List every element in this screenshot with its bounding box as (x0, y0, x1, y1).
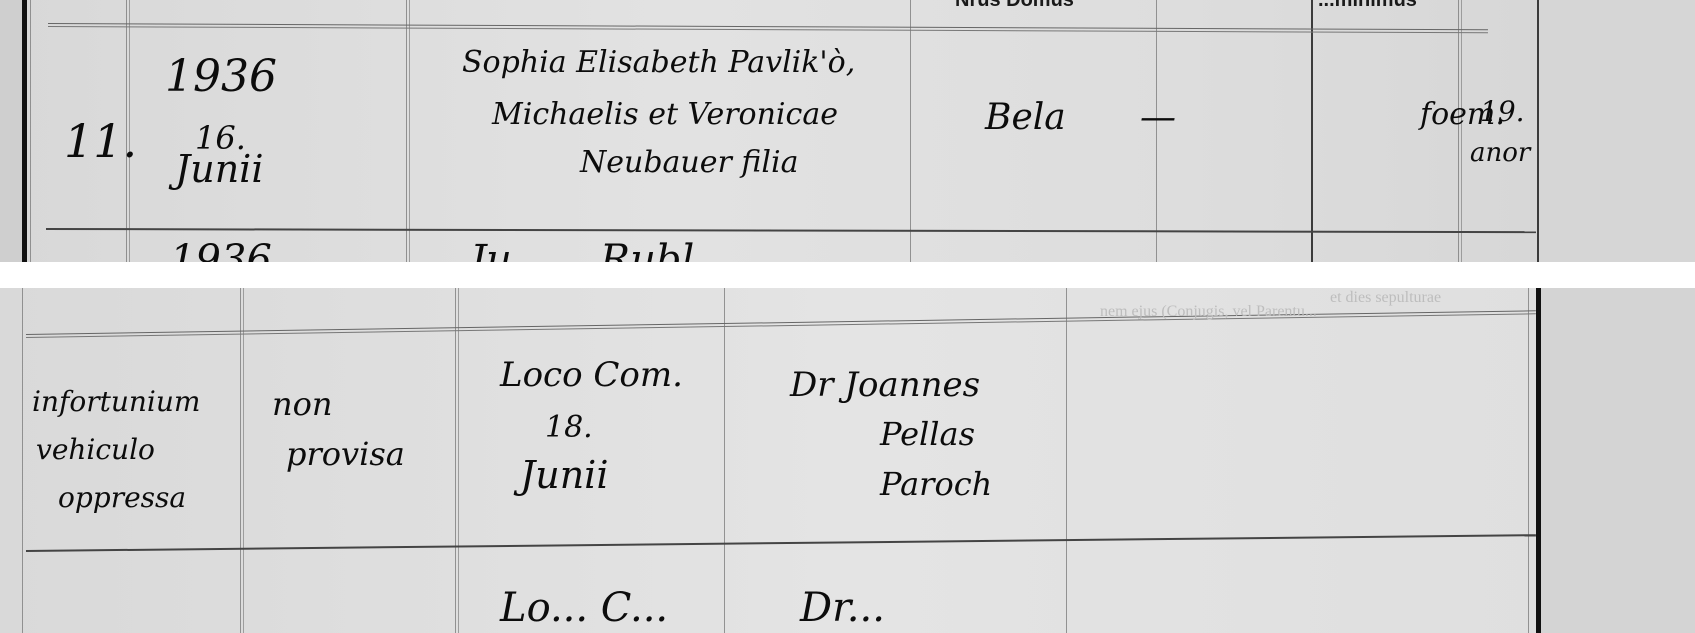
officiant-line-1: Dr Joannes (790, 368, 980, 402)
provisus-line-1: non (272, 388, 332, 420)
entry-year: 1936 (165, 55, 277, 99)
page-margin-right (1540, 0, 1695, 262)
column-divider (1066, 288, 1067, 633)
right-border (1537, 0, 1539, 262)
next-row-name-fragment-2: Rubl... (600, 240, 732, 262)
name-line-2: Michaelis et Veronicae (492, 100, 838, 130)
header-rule (48, 23, 1488, 30)
next-row-year-fragment: 1936 (170, 240, 272, 262)
header-col7: ...minimus (1318, 0, 1417, 10)
next-row-place-fragment: Lo... C... (500, 588, 668, 628)
place-line: Loco Com. (500, 358, 683, 392)
header-fragment-1: et dies sepulturae (1330, 290, 1441, 306)
age-value: 19. (1480, 98, 1525, 126)
col6-value: — (1140, 100, 1176, 136)
header-col5: Nrus Domus (955, 0, 1074, 10)
strip-separator (0, 262, 1695, 288)
cause-line-1: infortunium (32, 388, 200, 416)
next-row-name-fragment: Ju... (470, 240, 550, 262)
row-rule (26, 534, 1536, 552)
burial-month: Junii (520, 456, 609, 494)
entry-month: Junii (175, 150, 264, 188)
left-border (22, 0, 27, 262)
register-top-strip: Nrus Domus ...minimus 11. 1936 16. Junii… (0, 0, 1695, 262)
register-bottom-strip: et dies sepulturae nem ejus (Conjugis, v… (0, 288, 1695, 633)
column-divider (240, 288, 241, 633)
page-margin-right (1541, 288, 1695, 633)
officiant-line-2: Pellas (880, 418, 975, 450)
name-line-1: Sophia Elisabeth Pavlik'ò, (462, 48, 855, 78)
cause-line-3: oppressa (58, 484, 186, 512)
column-divider (455, 288, 456, 633)
header-fragment-2: nem ejus (Conjugis, vel Parentu... (1100, 304, 1317, 320)
page-margin-left (0, 0, 22, 262)
burial-day: 18. (545, 413, 593, 443)
name-line-3: Neubauer filia (580, 148, 798, 178)
domus-value: Bela (985, 100, 1066, 136)
column-divider (910, 0, 911, 262)
entry-number: 11. (64, 118, 137, 164)
left-border (22, 288, 23, 633)
column-divider (406, 0, 407, 262)
officiant-line-3: Paroch (880, 468, 992, 500)
next-row-officiant-fragment: Dr... (800, 588, 885, 628)
age-unit: anor (1470, 140, 1530, 166)
provisus-line-2: provisa (286, 438, 405, 470)
column-divider (724, 288, 725, 633)
cause-line-2: vehiculo (36, 436, 155, 464)
column-divider (30, 0, 31, 262)
column-divider (1528, 288, 1529, 633)
column-divider (1311, 0, 1313, 262)
